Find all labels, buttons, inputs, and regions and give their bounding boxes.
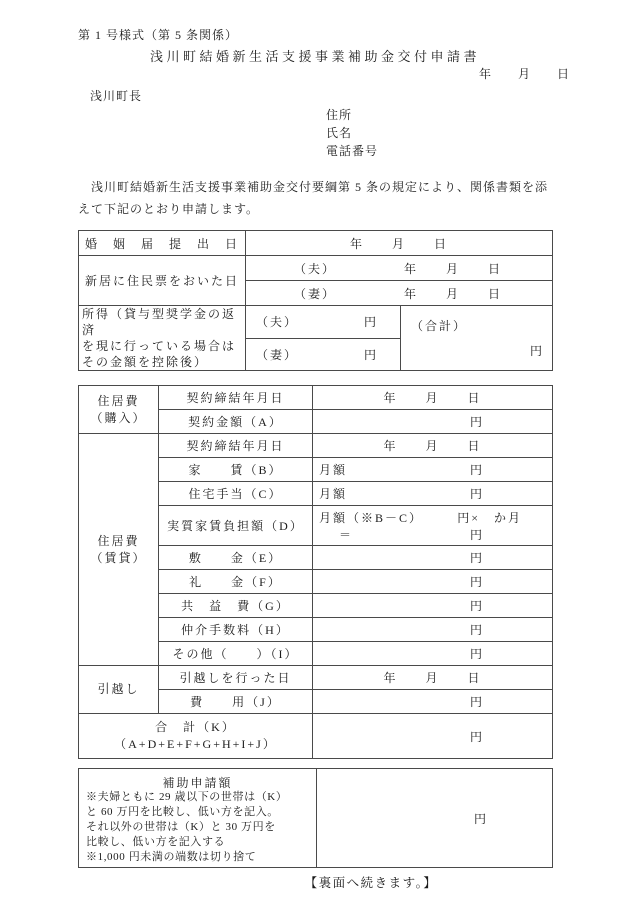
moving-date-row: 引越し 引越しを行った日 年 月 日 xyxy=(79,666,553,690)
rent-unit: 円 xyxy=(470,461,484,478)
basic-info-table: 婚 姻 届 提 出 日 年 月 日 新居に住民票をおいた日 （夫） 年 月 日 … xyxy=(78,230,553,371)
income-husband-prefix: （夫） xyxy=(256,313,298,330)
intro-line-1: 浅川町結婚新生活支援事業補助金交付要綱第 5 条の規定により、関係書類を添 xyxy=(78,176,558,198)
income-label-line-2: を現に行っている場合は xyxy=(82,338,245,354)
rental-category-cell: 住居費 （賃貸） xyxy=(79,434,159,666)
key-money-unit: 円 xyxy=(313,570,553,594)
applicant-address-label: 住所 xyxy=(326,106,630,124)
residence-date-wife-cell: （妻） 年 月 日 xyxy=(246,281,553,306)
allowance-value: 月額 円 xyxy=(313,485,552,502)
applicant-block: 住所 氏名 電話番号 xyxy=(326,106,630,160)
applicant-phone-label: 電話番号 xyxy=(326,142,630,160)
husband-date-value: 年 月 日 xyxy=(404,260,502,277)
rental-contract-date-value: 年 月 日 xyxy=(313,434,553,458)
contract-amount-label: 契約金額（A） xyxy=(159,410,313,434)
application-form-page: 第 1 号様式（第 5 条関係） 浅川町結婚新生活支援事業補助金交付申請書 年 … xyxy=(0,0,630,903)
net-rent-label: 実質家賃負担額（D） xyxy=(159,506,313,546)
total-unit: 円 xyxy=(313,714,553,759)
common-fee-unit: 円 xyxy=(313,594,553,618)
form-title: 浅川町結婚新生活支援事業補助金交付申請書 xyxy=(0,46,630,63)
rent-monthly-label: 月額 xyxy=(319,461,347,478)
continue-on-back-note: 【裏面へ続きます。】 xyxy=(78,873,552,891)
rental-category-line-1: 住居費 xyxy=(79,533,158,550)
key-money-label: 礼 金（F） xyxy=(159,570,313,594)
intro-line-2: えて下記のとおり申請します。 xyxy=(78,198,558,220)
rental-contract-date-label: 契約締結年月日 xyxy=(159,434,313,458)
income-label-line-3: その金額を控除後） xyxy=(82,354,245,370)
rent-value: 月額 円 xyxy=(313,461,552,478)
subsidy-notes: ※夫婦ともに 29 歳以下の世帯は（K） と 60 万円を比較し、低い方を記入。… xyxy=(86,790,309,865)
expense-table: 住居費 （購入） 契約締結年月日 年 月 日 契約金額（A） 円 住居費 （賃貸… xyxy=(78,385,553,759)
residence-date-label: 新居に住民票をおいた日 xyxy=(79,256,246,306)
income-wife-prefix: （妻） xyxy=(256,346,298,363)
agent-fee-label: 仲介手数料（H） xyxy=(159,618,313,642)
residence-date-husband: （夫） 年 月 日 xyxy=(246,260,552,277)
total-label-line-2: （A+D+E+F+G+H+I+J） xyxy=(79,736,312,753)
subsidy-note-line-5: ※1,000 円未満の端数は切り捨て xyxy=(86,850,309,865)
allowance-monthly-label: 月額 xyxy=(319,485,347,502)
common-fee-label: 共 益 費（G） xyxy=(159,594,313,618)
net-rent-formula: 月額（※B－C） xyxy=(319,509,423,526)
intro-paragraph: 浅川町結婚新生活支援事業補助金交付要綱第 5 条の規定により、関係書類を添 えて… xyxy=(78,176,558,220)
moving-cost-unit: 円 xyxy=(313,690,553,714)
net-rent-line-1: 月額（※B－C） 円× か月 xyxy=(313,508,552,526)
income-husband: （夫） 円 xyxy=(246,313,400,330)
rental-category-line-2: （賃貸） xyxy=(79,550,158,567)
residence-date-wife: （妻） 年 月 日 xyxy=(246,285,552,302)
subsidy-note-line-3: それ以外の世帯は（K）と 30 万円を xyxy=(86,820,309,835)
purchase-category-line-1: 住居費 xyxy=(79,393,158,410)
subsidy-row: 補助申請額 ※夫婦ともに 29 歳以下の世帯は（K） と 60 万円を比較し、低… xyxy=(79,769,553,868)
other-fee-unit: 円 xyxy=(313,642,553,666)
wife-prefix: （妻） xyxy=(294,285,336,302)
subsidy-description-cell: 補助申請額 ※夫婦ともに 29 歳以下の世帯は（K） と 60 万円を比較し、低… xyxy=(79,769,317,868)
purchase-category-line-2: （購入） xyxy=(79,410,158,427)
allowance-unit: 円 xyxy=(470,485,484,502)
income-husband-unit: 円 xyxy=(364,313,378,330)
marriage-date-label: 婚 姻 届 提 出 日 xyxy=(79,231,246,256)
net-rent-value-cell: 月額（※B－C） 円× か月 ＝ 円 xyxy=(313,506,553,546)
income-husband-row: 所得（貸与型奨学金の返済 を現に行っている場合は その金額を控除後） （夫） 円… xyxy=(79,306,553,339)
income-wife-unit: 円 xyxy=(364,346,378,363)
net-rent-equals: ＝ xyxy=(339,526,353,543)
income-total-prefix: （合計） xyxy=(411,317,467,334)
subsidy-amount-unit: 円 xyxy=(317,769,553,868)
income-total-cell: （合計） 円 xyxy=(401,306,553,371)
net-rent-yen-months: 円× か月 xyxy=(457,509,522,526)
subsidy-note-line-4: 比較し、低い方を記入する xyxy=(86,835,309,850)
rent-value-cell: 月額 円 xyxy=(313,458,553,482)
form-number: 第 1 号様式（第 5 条関係） xyxy=(78,26,630,42)
income-total-unit: 円 xyxy=(530,342,544,359)
application-date-line: 年 月 日 xyxy=(0,65,630,81)
purchase-category-cell: 住居費 （購入） xyxy=(79,386,159,434)
marriage-date-row: 婚 姻 届 提 出 日 年 月 日 xyxy=(79,231,553,256)
husband-prefix: （夫） xyxy=(294,260,336,277)
moving-date-label: 引越しを行った日 xyxy=(159,666,313,690)
wife-date-value: 年 月 日 xyxy=(404,285,502,302)
income-wife-cell: （妻） 円 xyxy=(246,338,401,371)
purchase-contract-date-value: 年 月 日 xyxy=(313,386,553,410)
deposit-unit: 円 xyxy=(313,546,553,570)
income-total: （合計） 円 xyxy=(401,314,552,362)
subsidy-title: 補助申請額 xyxy=(86,774,309,790)
income-label-line-1: 所得（貸与型奨学金の返済 xyxy=(82,306,245,338)
net-rent-line-2: ＝ 円 xyxy=(313,526,552,544)
residence-date-husband-cell: （夫） 年 月 日 xyxy=(246,256,553,281)
subsidy-amount-box: 補助申請額 ※夫婦ともに 29 歳以下の世帯は（K） と 60 万円を比較し、低… xyxy=(78,768,553,868)
allowance-value-cell: 月額 円 xyxy=(313,482,553,506)
income-wife: （妻） 円 xyxy=(246,346,400,363)
contract-amount-unit: 円 xyxy=(313,410,553,434)
rent-label: 家 賃（B） xyxy=(159,458,313,482)
moving-date-value: 年 月 日 xyxy=(313,666,553,690)
net-rent-unit: 円 xyxy=(470,526,484,543)
subsidy-note-line-2: と 60 万円を比較し、低い方を記入。 xyxy=(86,805,309,820)
marriage-date-value: 年 月 日 xyxy=(246,231,553,256)
total-label-cell: 合 計（K） （A+D+E+F+G+H+I+J） xyxy=(79,714,313,759)
moving-cost-label: 費 用（J） xyxy=(159,690,313,714)
addressee-mayor: 浅川町長 xyxy=(90,87,630,103)
applicant-name-label: 氏名 xyxy=(326,124,630,142)
purchase-contract-date-label: 契約締結年月日 xyxy=(159,386,313,410)
income-husband-cell: （夫） 円 xyxy=(246,306,401,339)
moving-category-cell: 引越し xyxy=(79,666,159,714)
agent-fee-unit: 円 xyxy=(313,618,553,642)
total-row: 合 計（K） （A+D+E+F+G+H+I+J） 円 xyxy=(79,714,553,759)
allowance-label: 住宅手当（C） xyxy=(159,482,313,506)
subsidy-note-line-1: ※夫婦ともに 29 歳以下の世帯は（K） xyxy=(86,790,309,805)
income-label: 所得（貸与型奨学金の返済 を現に行っている場合は その金額を控除後） xyxy=(79,306,246,371)
purchase-contract-date-row: 住居費 （購入） 契約締結年月日 年 月 日 xyxy=(79,386,553,410)
rental-contract-date-row: 住居費 （賃貸） 契約締結年月日 年 月 日 xyxy=(79,434,553,458)
residence-husband-row: 新居に住民票をおいた日 （夫） 年 月 日 xyxy=(79,256,553,281)
deposit-label: 敷 金（E） xyxy=(159,546,313,570)
total-label-line-1: 合 計（K） xyxy=(79,719,312,736)
other-fee-label: その他（ ）（I） xyxy=(159,642,313,666)
